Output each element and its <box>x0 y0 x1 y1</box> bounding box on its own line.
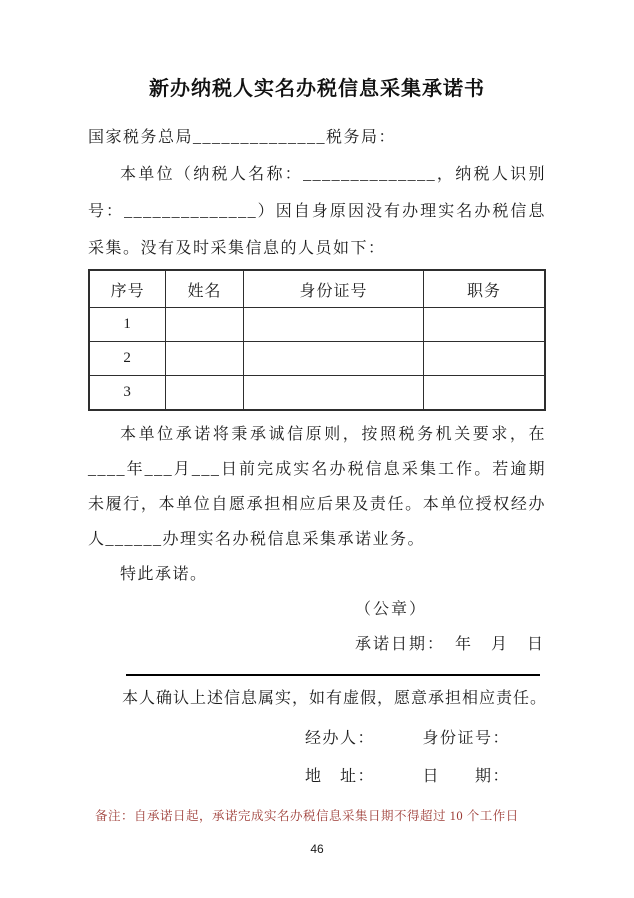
id-number-label: 身份证号： <box>423 730 511 747</box>
cell-index: 3 <box>89 376 166 411</box>
cell-name <box>166 376 244 411</box>
cell-index: 2 <box>89 342 166 376</box>
header-cell-index: 序号 <box>89 270 166 308</box>
table-row: 3 <box>89 376 545 411</box>
personnel-table: 序号 姓名 身份证号 职务 1 2 <box>88 269 546 411</box>
confirmation-statement: 本人确认上述信息属实，如有虚假，愿意承担相应责任。 <box>122 684 546 714</box>
remark-note: 备注：自承诺日起，承诺完成实名办税信息采集日期不得超过 10 个工作日 <box>95 808 546 824</box>
cell-index: 1 <box>89 308 166 342</box>
header-cell-name: 姓名 <box>166 270 244 308</box>
commitment-paragraph: 本单位承诺将秉承诚信原则，按照税务机关要求，在____年___月___日前完成实… <box>88 417 546 557</box>
page-title: 新办纳税人实名办税信息采集承诺书 <box>88 75 546 103</box>
cell-id-number <box>243 376 423 411</box>
address-date-row: 地 址： 日 期： <box>305 762 546 792</box>
document-content: 新办纳税人实名办税信息采集承诺书 国家税务总局______________税务局… <box>88 75 546 856</box>
header-cell-id-number: 身份证号 <box>243 270 423 308</box>
page-number: 46 <box>88 842 546 856</box>
date-label: 日 期： <box>423 768 511 785</box>
signature-divider <box>126 674 540 676</box>
intro-paragraph: 本单位（纳税人名称：______________，纳税人识别号：________… <box>88 156 546 267</box>
salutation-line: 国家税务总局______________税务局： <box>88 119 546 156</box>
table-row: 2 <box>89 342 545 376</box>
commit-date-line: 承诺日期： 年 月 日 <box>355 627 546 662</box>
agent-label: 经办人： <box>305 724 417 754</box>
cell-position <box>424 342 545 376</box>
header-cell-position: 职务 <box>424 270 545 308</box>
cell-position <box>424 308 545 342</box>
cell-id-number <box>243 308 423 342</box>
closing-line: 特此承诺。 <box>88 557 546 592</box>
document-page: 新办纳税人实名办税信息采集承诺书 国家税务总局______________税务局… <box>0 0 634 898</box>
address-label: 地 址： <box>305 762 417 792</box>
cell-name <box>166 308 244 342</box>
cell-position <box>424 376 545 411</box>
table-row: 1 <box>89 308 545 342</box>
cell-name <box>166 342 244 376</box>
table-header-row: 序号 姓名 身份证号 职务 <box>89 270 545 308</box>
seal-line: （公章） <box>355 592 546 627</box>
cell-id-number <box>243 342 423 376</box>
agent-signature-row: 经办人： 身份证号： <box>305 724 546 754</box>
